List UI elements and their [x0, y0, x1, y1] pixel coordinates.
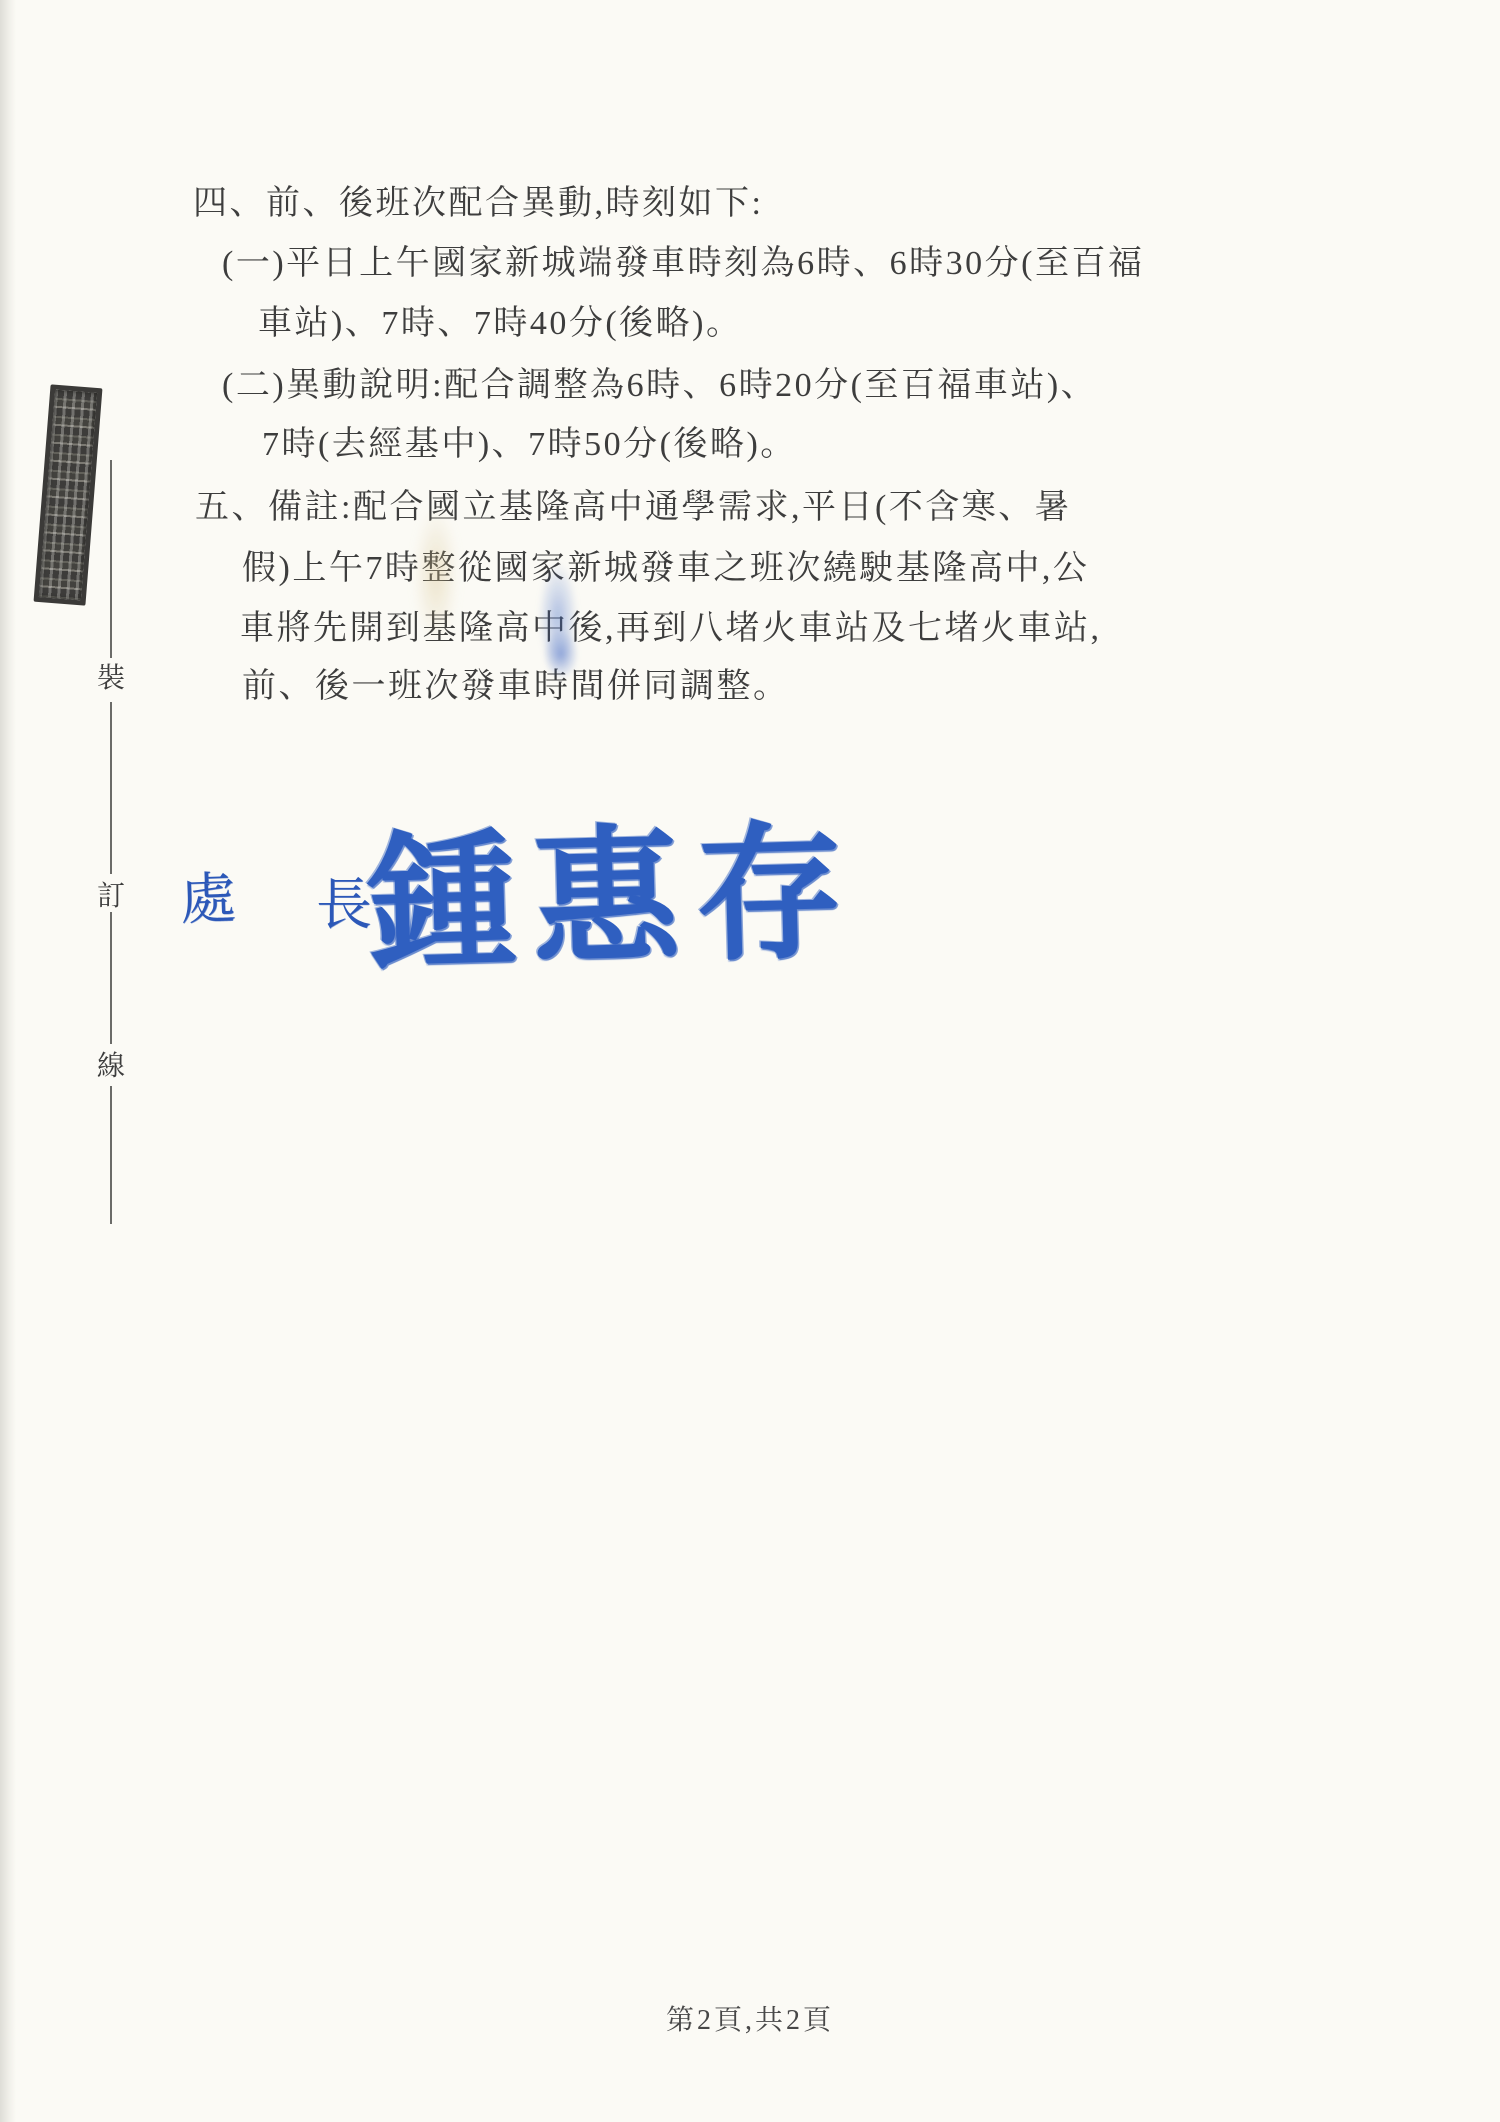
doc-line-item4-sub2: (二)異動說明:配合調整為6時、6時20分(至百福車站)、: [222, 365, 1097, 408]
archaic-seal-script-stamp-icon: [34, 384, 103, 605]
doc-line-item4-sub1-cont: 車站)、7時、7時40分(後略)。: [258, 303, 742, 346]
doc-line-item4-sub1: (一)平日上午國家新城端發車時刻為6時、6時30分(至百福: [222, 243, 1144, 286]
binding-margin-char-zhuang: 裝: [93, 656, 129, 696]
binding-line-segment: [110, 460, 112, 658]
binding-margin-char-xian: 線: [93, 1044, 129, 1084]
director-title-stamp-zhang: 長: [316, 878, 372, 934]
director-name-stamp: 鍾惠存: [366, 806, 862, 996]
binding-margin-char-ding: 訂: [93, 874, 129, 914]
binding-line-segment: [110, 1086, 112, 1224]
doc-line-item5-cont3: 前、後一班次發車時間併同調整。: [242, 666, 790, 709]
doc-line-item5-cont2: 車將先開到基隆高中後,再到八堵火車站及七堵火車站,: [240, 608, 1102, 651]
binding-line-segment: [110, 702, 112, 874]
doc-line-item5-heading: 五、備註:配合國立基隆高中通學需求,平日(不含寒、暑: [195, 487, 1071, 530]
binding-line-segment: [110, 912, 112, 1044]
page-number-footer: 第2頁,共2頁: [0, 1998, 1500, 2038]
doc-line-item4-heading: 四、前、後班次配合異動,時刻如下:: [193, 183, 763, 226]
page-edge-shadow: [0, 0, 16, 2122]
doc-line-item5-cont1: 假)上午7時整從國家新城發車之班次繞駛基隆高中,公: [242, 548, 1089, 591]
doc-line-item4-sub2-cont: 7時(去經基中)、7時50分(後略)。: [262, 424, 797, 467]
director-title-stamp-chu: 處: [179, 871, 237, 929]
